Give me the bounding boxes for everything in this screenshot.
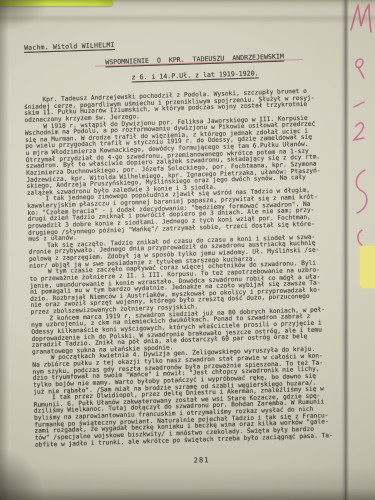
paragraph: I tak przez Olwidiopol, przez deltę Dnie… (33, 385, 367, 449)
page-number: 281 (35, 451, 367, 470)
document-photo: Wachm. Witold WILHELMI WSPOMNIENIE O KPR… (0, 0, 375, 500)
yellow-tab (0, 0, 113, 6)
title-line-1: WSPOMNIENIE O KPR. TADEUSZU ANDRZEJEWSKI… (35, 50, 355, 68)
typescript-page: Wachm. Witold WILHELMI WSPOMNIENIE O KPR… (22, 33, 368, 470)
pen-scribble-icon (348, 2, 374, 36)
paragraph: W 1918 r. wstąpił do Dywizjonu por. Feli… (25, 114, 359, 198)
title-line-2: z 6. i 14.P.Uł. z lat 1919-1920. (35, 66, 355, 84)
margin-handwriting (349, 52, 374, 262)
author-line: Wachm. Witold WILHELMI (24, 33, 354, 52)
